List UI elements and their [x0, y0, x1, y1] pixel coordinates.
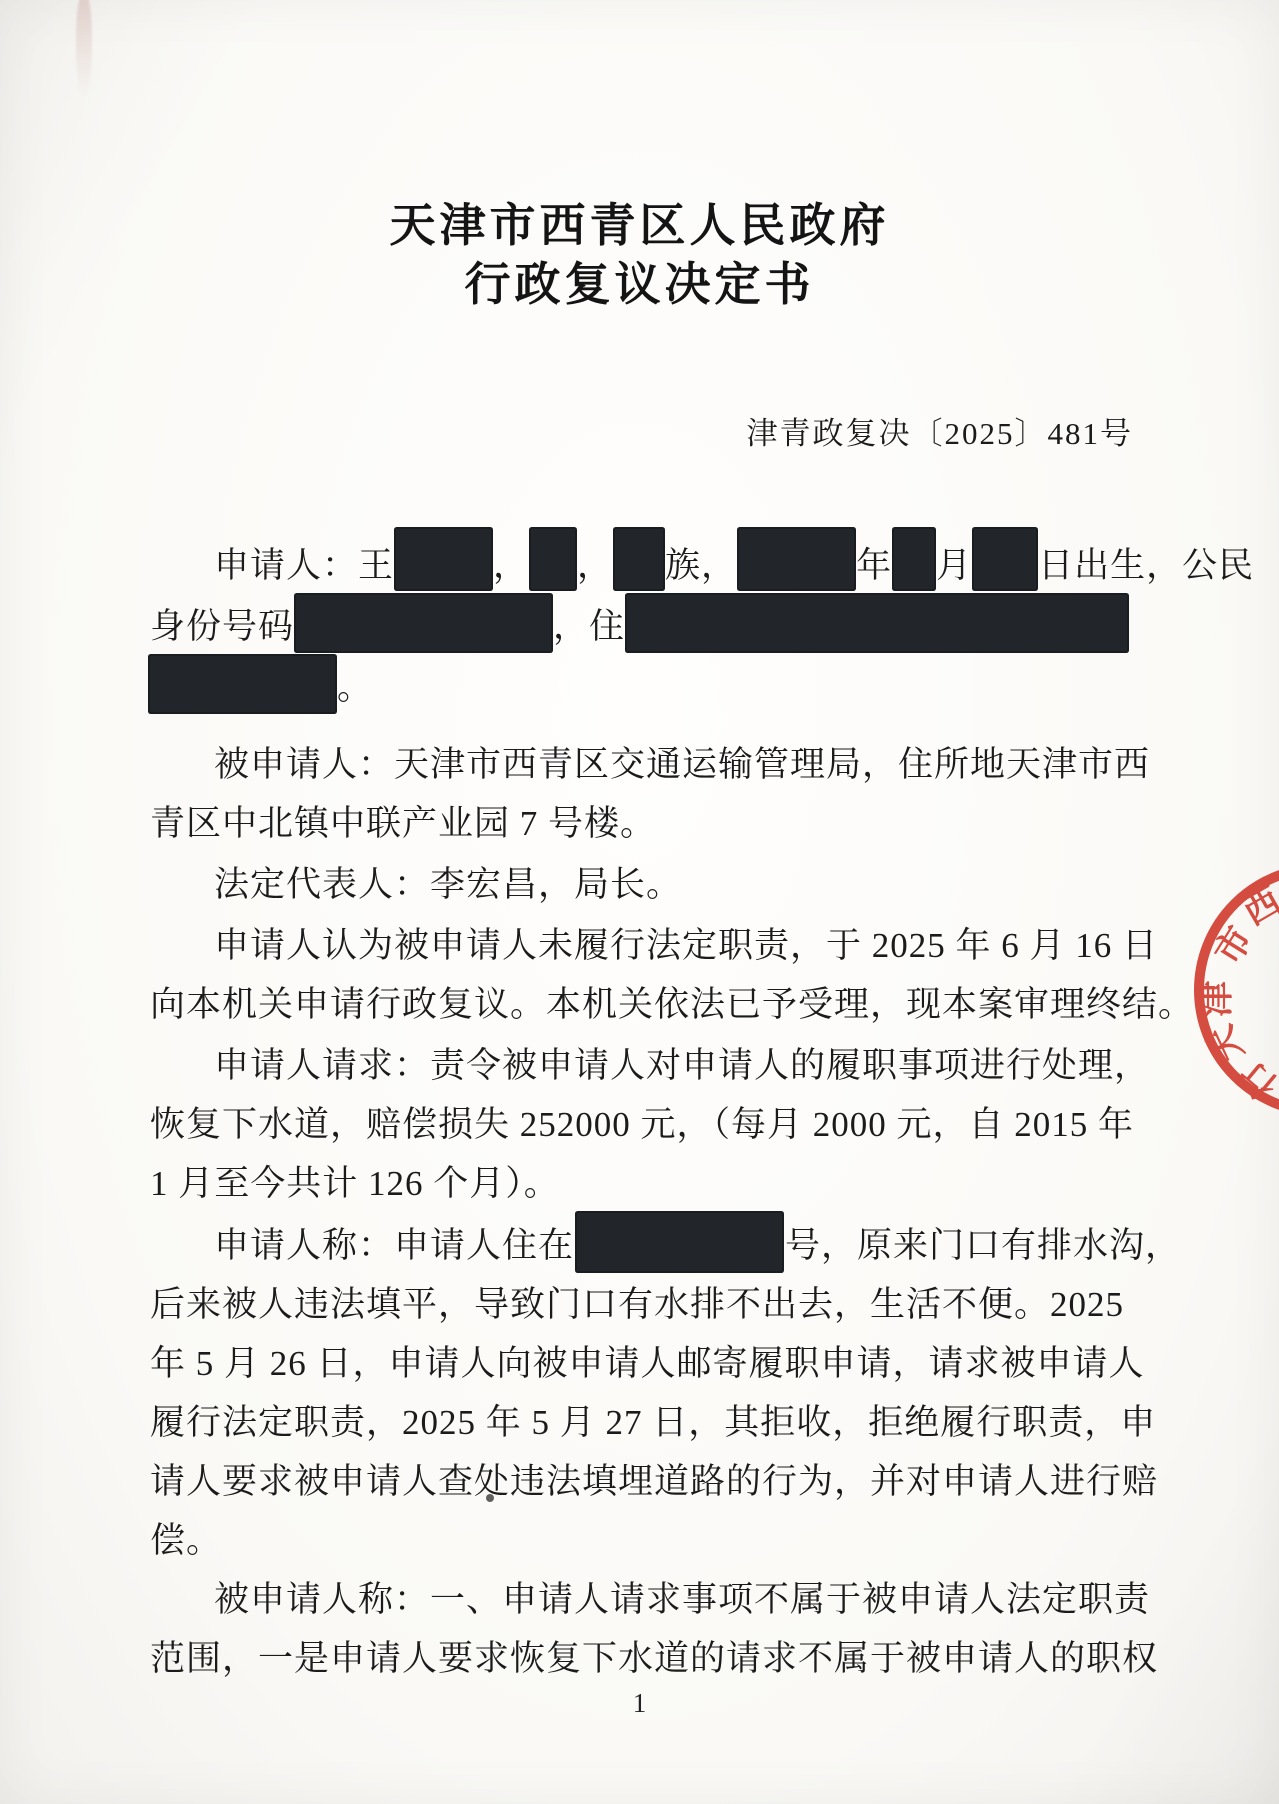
redaction-box: [615, 529, 663, 589]
redaction-box: [296, 595, 551, 651]
scan-speck-artifact: [486, 1494, 494, 1502]
respondent-line-2: 青区中北镇中联产业园 7 号楼。: [150, 794, 1135, 853]
statement-line-1: 申请人称：申请人住在号，原来门口有排水沟，: [150, 1213, 1135, 1275]
respondent-line-1: 被申请人：天津市西青区交通运输管理局，住所地天津市西: [150, 735, 1135, 794]
seal-char: 行: [1232, 1053, 1279, 1107]
document-body: 申请人：王，，族，年月日出生，公民 身份号码，住 。 被申请人：天津市西青区交通…: [150, 529, 1135, 1688]
redaction-box: [531, 529, 575, 589]
scanned-document-page: 天津市西青区人民政府 行政复议决定书 津青政复决〔2025〕481号 申请人：王…: [0, 0, 1279, 1804]
applicant-text: 族，: [665, 546, 737, 585]
statement-line-5: 请人要求被申请人查处违法填埋道路的行为，并对申请人进行赔: [150, 1452, 1135, 1511]
redaction-box: [396, 529, 491, 589]
applicant-text: 月: [936, 546, 972, 585]
applicant-text: 。: [337, 668, 373, 707]
statement-text: 申请人称：申请人住在: [214, 1226, 574, 1265]
redaction-box: [974, 529, 1036, 589]
applicant-text: ，: [577, 546, 613, 585]
case-intro-line-1: 申请人认为被申请人未履行法定职责，于 2025 年 6 月 16 日: [150, 916, 1135, 975]
legal-representative-line: 法定代表人：李宏昌，局长。: [150, 855, 1135, 914]
applicant-text: 身份号码: [150, 607, 294, 646]
page-number: 1: [0, 1688, 1279, 1719]
applicant-text: 申请人：王: [214, 546, 394, 585]
seal-char: 市: [1207, 920, 1260, 972]
seal-ring: [1199, 868, 1279, 1112]
applicant-text: ，: [493, 546, 529, 585]
case-intro-line-2: 向本机关申请行政复议。本机关依法已予受理，现本案审理终结。: [150, 975, 1135, 1034]
document-number: 津青政复决〔2025〕481号: [0, 408, 1279, 453]
applicant-text: ，住: [553, 607, 625, 646]
request-line-2: 恢复下水道，赔偿损失 252000 元，（每月 2000 元，自 2015 年: [150, 1095, 1135, 1154]
redaction-box: [739, 529, 854, 589]
statement-text: 号，原来门口有排水沟，: [785, 1226, 1181, 1265]
redaction-box: [627, 595, 1127, 651]
applicant-text: 日出生，公民: [1038, 546, 1254, 585]
statement-line-3: 年 5 月 26 日，申请人向被申请人邮寄履职申请，请求被申请人: [150, 1334, 1135, 1393]
applicant-line-2: 身份号码，住: [150, 595, 1135, 656]
applicant-line-3: 。: [150, 656, 1135, 717]
official-seal: 西 市 津 天 行: [1186, 853, 1279, 1143]
statement-line-4: 履行法定职责，2025 年 5 月 27 日，其拒收，拒绝履行职责，申: [150, 1393, 1135, 1452]
seal-char: 天: [1199, 1019, 1250, 1069]
applicant-text: 年: [856, 546, 892, 585]
title-line-2: 行政复议决定书: [0, 255, 1279, 314]
seal-char: 津: [1196, 981, 1236, 1017]
statement-line-6: 偿。: [150, 1511, 1135, 1570]
document-title: 天津市西青区人民政府 行政复议决定书: [0, 196, 1279, 314]
respondent-statement-line-2: 范围，一是申请人要求恢复下水道的请求不属于被申请人的职权: [150, 1629, 1135, 1688]
applicant-line-1: 申请人：王，，族，年月日出生，公民: [150, 529, 1135, 595]
title-line-1: 天津市西青区人民政府: [0, 196, 1279, 255]
request-line-1: 申请人请求：责令被申请人对申请人的履职事项进行处理，: [150, 1036, 1135, 1095]
statement-line-2: 后来被人违法填平，导致门口有水排不出去，生活不便。2025: [150, 1275, 1135, 1334]
request-line-3: 1 月至今共计 126 个月）。: [150, 1154, 1135, 1213]
redaction-box: [150, 656, 335, 712]
respondent-statement-line-1: 被申请人称：一、申请人请求事项不属于被申请人法定职责: [150, 1570, 1135, 1629]
seal-char: 西: [1236, 880, 1279, 933]
redaction-box: [894, 529, 934, 589]
scan-crease-artifact: [76, 0, 92, 98]
redaction-box: [577, 1213, 782, 1271]
